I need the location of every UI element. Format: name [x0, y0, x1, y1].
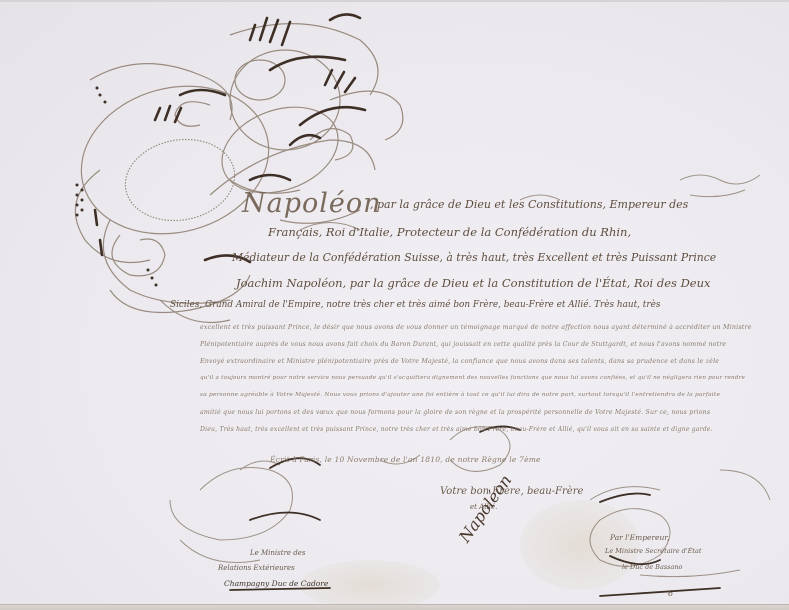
heading-line-5: Siciles, Grand Amiral de l'Empire, notre… [170, 300, 660, 310]
body-line: Plénipotentiaire auprès de vous nous avo… [200, 341, 726, 348]
left-countersign-line-2: Relations Extérieures [218, 564, 295, 572]
body-line: sa personne agréable à Votre Majesté. No… [200, 392, 720, 398]
closing-line-1: Votre bon Frère, beau-Frère [440, 486, 583, 497]
heading-line-4: Joachim Napoléon, par la grâce de Dieu e… [236, 276, 711, 290]
right-countersign-line-3: le Duc de Bassano [622, 563, 682, 571]
left-countersign-line-1: Le Ministre des [250, 549, 306, 557]
left-countersign-signature: Champagny Duc de Cadore [224, 579, 328, 588]
dateline: Écrit à Paris, le 10 Novembre de l'an 18… [270, 455, 541, 464]
heading-line-1: , par la grâce de Dieu et les Constituti… [370, 198, 688, 211]
corner-mark: 6 [668, 589, 673, 598]
body-line: Envoyé extraordinaire et Ministre plénip… [200, 358, 719, 365]
body-line: qu'il a toujours montré pour notre servi… [200, 375, 745, 381]
body-line: excellent et très puissant Prince, le dé… [200, 324, 752, 331]
heading-line-3: Médiateur de la Confédération Suisse, à … [232, 251, 716, 264]
body-line: Dieu, Très haut, très excellent et très … [200, 426, 713, 433]
right-countersign-line-2: Le Ministre Secrétaire d'État [605, 547, 701, 555]
frame-bottom-edge [0, 604, 789, 610]
initial-name: Napoléon [242, 188, 382, 219]
document-sheet: Napoléon , par la grâce de Dieu et les C… [0, 0, 789, 604]
body-line: amitié que nous lui portons et des vœux … [200, 409, 710, 416]
right-countersign-line-1: Par l'Empereur, [610, 533, 669, 542]
heading-line-2: Français, Roi d'Italie, Protecteur de la… [268, 225, 631, 239]
